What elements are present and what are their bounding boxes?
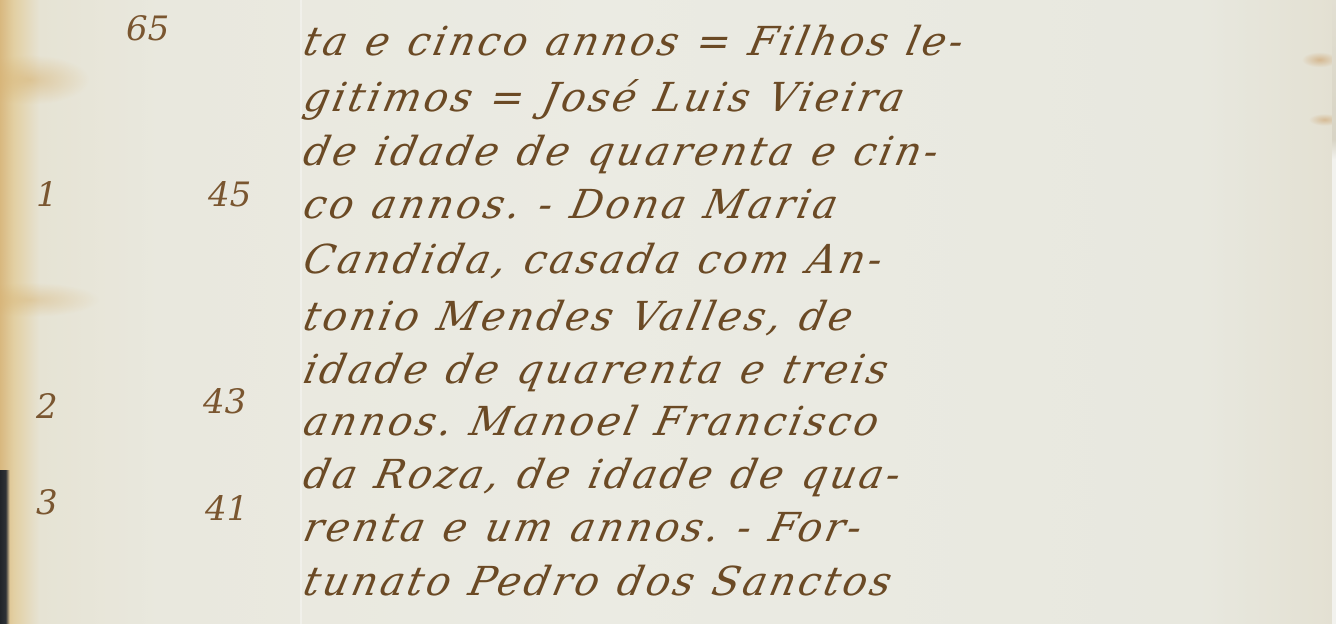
paper-fold-line [300,0,302,624]
scan-border-left [0,470,10,624]
text-line-11: tunato Pedro dos Sanctos [300,562,898,602]
text-line-3: de idade de quarenta e cin- [300,132,945,172]
manuscript-page: 65 45 43 41 1 2 3 ta e cinco annos = Fil… [0,0,1336,624]
text-line-5: Candida, casada com An- [300,240,889,280]
text-line-8: annos. Manoel Francisco [300,402,885,442]
text-line-6: tonio Mendes Valles, de [300,297,859,337]
entry-number-1: 1 [36,178,58,212]
text-line-10: renta e um annos. - For- [300,508,868,548]
text-line-1: ta e cinco annos = Filhos le- [300,22,970,62]
text-line-9: da Roza, de idade de qua- [300,455,907,495]
age-45: 45 [208,178,251,212]
age-43: 43 [203,385,246,419]
age-41: 41 [205,492,248,526]
text-line-7: idade de quarenta e treis [300,350,895,390]
text-line-4: co annos. - Dona Maria [300,185,844,225]
entry-number-3: 3 [36,486,58,520]
text-line-2: gitimos = José Luis Vieira [300,78,911,118]
scan-border-right [1332,0,1336,624]
entry-number-2: 2 [36,390,58,424]
age-65: 65 [126,12,169,46]
